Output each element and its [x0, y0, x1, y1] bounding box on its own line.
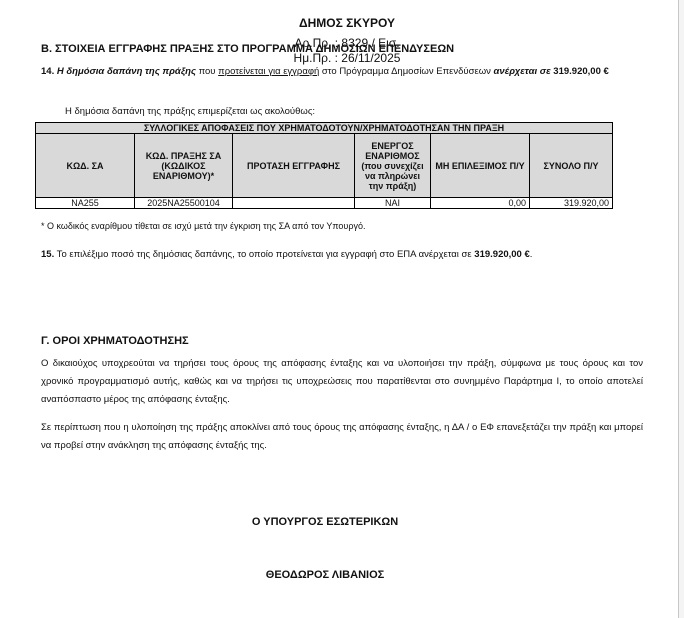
funding-terms-paragraph-2: Σε περίπτωση που η υλοποίηση της πράξης … — [41, 419, 643, 455]
item-14-text: που — [196, 66, 218, 77]
item-15-end: . — [530, 249, 533, 260]
table-row: ΝΑ255 2025ΝΑ25500104 ΝΑΙ 0,00 319.920,00 — [36, 198, 613, 209]
signatory-role: Ο ΥΠΟΥΡΓΟΣ ΕΣΩΤΕΡΙΚΩΝ — [0, 516, 650, 528]
cell-sa-code: ΝΑ255 — [36, 198, 135, 209]
protocol-number: Αρ.Πρ. : 8329 / Εισ. — [0, 36, 684, 50]
col-header-non-eligible-budget: ΜΗ ΕΠΙΛΕΞΙΜΟΣ Π/Υ — [431, 134, 530, 198]
col-header-sa-code: ΚΩΔ. ΣΑ — [36, 134, 135, 198]
col-header-total-budget: ΣΥΝΟΛΟ Π/Υ — [530, 134, 613, 198]
col-header-registration-proposal: ΠΡΟΤΑΣΗ ΕΓΓΡΑΦΗΣ — [233, 134, 355, 198]
funding-terms-paragraph-1: Ο δικαιούχος υποχρεούται να τηρήσει τους… — [41, 355, 643, 409]
table-caption: ΣΥΛΛΟΓΙΚΕΣ ΑΠΟΦΑΣΕΙΣ ΠΟΥ ΧΡΗΜΑΤΟΔΟΤΟΥΝ/Χ… — [36, 123, 613, 134]
document-page: ΔΗΜΟΣ ΣΚΥΡΟΥ Β. ΣΤΟΙΧΕΙΑ ΕΓΓΡΑΦΗΣ ΠΡΑΞΗΣ… — [0, 0, 679, 618]
table-footnote: * Ο κωδικός εναρίθμου τίθεται σε ισχύ με… — [41, 221, 365, 231]
cell-non-eligible-budget: 0,00 — [431, 198, 530, 209]
item-15-number: 15. — [41, 249, 54, 260]
signatory-name: ΘΕΟΔΩΡΟΣ ΛΙΒΑΝΙΟΣ — [0, 569, 650, 581]
cell-total-budget: 319.920,00 — [530, 198, 613, 209]
item-15-text: Το επιλέξιμο ποσό της δημόσιας δαπάνης, … — [54, 249, 474, 260]
protocol-date: Ημ.Πρ. : 26/11/2025 — [0, 51, 684, 65]
item-14-number: 14. — [41, 66, 54, 77]
item-14: 14. Η δημόσια δαπάνη της πράξης που προτ… — [41, 66, 609, 77]
funding-decisions-table: ΣΥΛΛΟΓΙΚΕΣ ΑΠΟΦΑΣΕΙΣ ΠΟΥ ΧΡΗΜΑΤΟΔΟΤΟΥΝ/Χ… — [35, 122, 613, 209]
item-15-amount: 319.920,00 € — [474, 249, 529, 260]
item-14-text2: στο Πρόγραμμα Δημοσίων Επενδύσεων — [319, 66, 493, 77]
cell-registration-proposal — [233, 198, 355, 209]
breakdown-intro: Η δημόσια δαπάνη της πράξης επιμερίζεται… — [65, 106, 315, 117]
item-14-verb: ανέρχεται σε — [494, 66, 551, 77]
cell-project-code: 2025ΝΑ25500104 — [135, 198, 233, 209]
col-header-active-code: ΕΝΕΡΓΟΣ ΕΝΑΡΙΘΜΟΣ (που συνεχίζει να πληρ… — [355, 134, 431, 198]
municipality-title: ΔΗΜΟΣ ΣΚΥΡΟΥ — [0, 16, 684, 30]
item-15: 15. Το επιλέξιμο ποσό της δημόσιας δαπάν… — [41, 249, 532, 260]
col-header-project-code: ΚΩΔ. ΠΡΑΞΗΣ ΣΑ (ΚΩΔΙΚΟΣ ΕΝΑΡΙΘΜΟΥ)* — [135, 134, 233, 198]
item-14-subject: Η δημόσια δαπάνη της πράξης — [57, 66, 196, 77]
item-14-underlined: προτείνεται για εγγραφή — [218, 66, 319, 77]
section-g-heading: Γ. ΟΡΟΙ ΧΡΗΜΑΤΟΔΟΤΗΣΗΣ — [41, 335, 189, 347]
cell-active-code: ΝΑΙ — [355, 198, 431, 209]
item-14-amount: 319.920,00 € — [551, 66, 609, 77]
